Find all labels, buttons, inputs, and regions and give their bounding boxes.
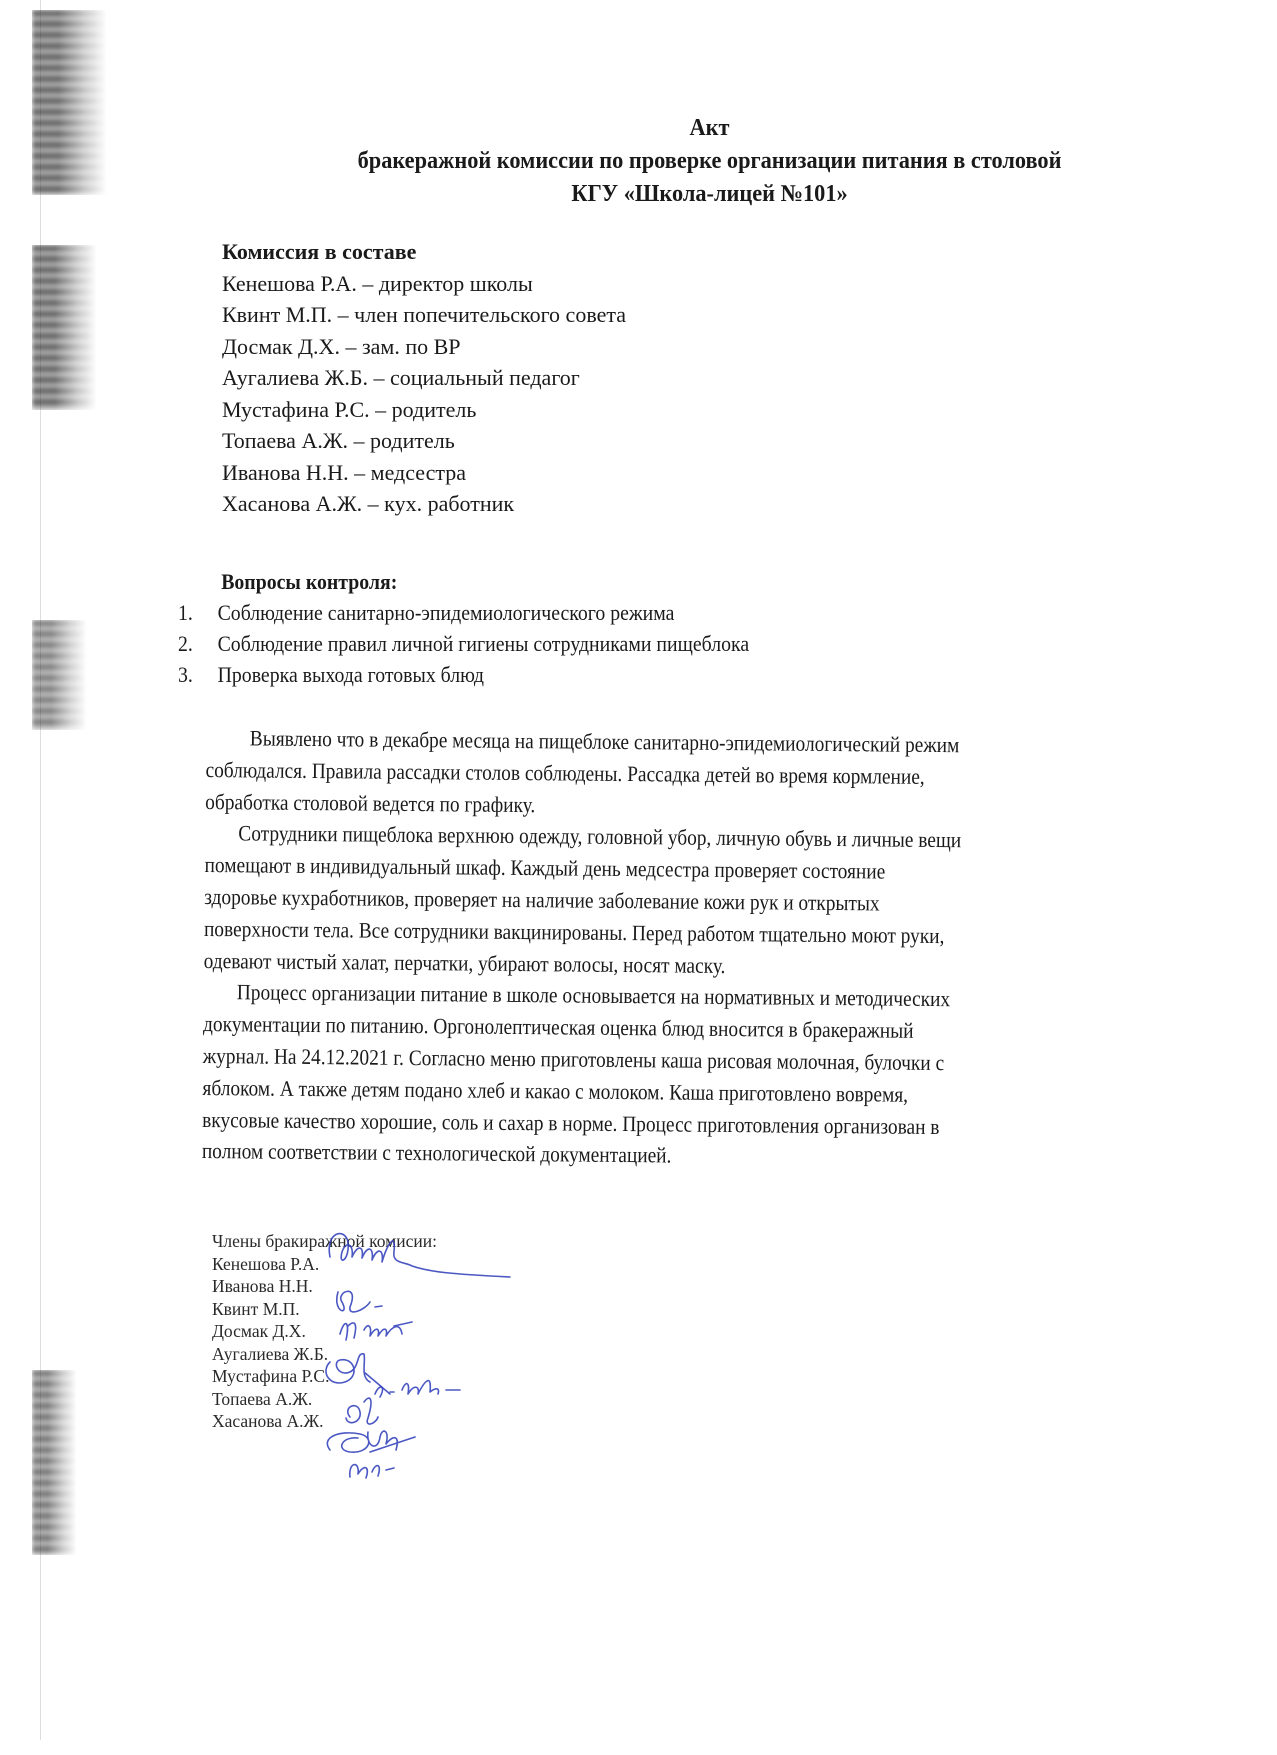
commission-member: Мустафина Р.С. – родитель [222,394,626,426]
commission-section: Комиссия в составе Кенешова Р.А. – дирек… [222,236,626,520]
item-text: Проверка выхода готовых блюд [218,659,484,690]
control-item: 2. Соблюдение правил личной гигиены сотр… [178,628,749,659]
commission-member: Досмак Д.Х. – зам. по ВР [222,331,626,363]
commission-member: Топаева А.Ж. – родитель [222,425,626,457]
commission-member: Аугалиева Ж.Б. – социальный педагог [222,362,626,394]
signature-kenesheva [329,1234,510,1277]
document-subtitle: бракеражной комиссии по проверке организ… [182,145,1238,178]
findings-body: Выявлено что в декабре месяца на пищебло… [202,722,1130,1176]
signature-dosmak [326,1354,390,1394]
commission-member: Хасанова А.Ж. – кух. работник [222,488,626,520]
signature-topaeva [327,1431,415,1452]
control-item: 1. Соблюдение санитарно-эпидемиологическ… [178,597,749,628]
control-item: 3. Проверка выхода готовых блюд [178,659,749,690]
control-heading: Вопросы контроля: [178,566,749,597]
scan-artifact-upper [32,245,97,410]
item-number: 2. [178,628,218,659]
commission-heading: Комиссия в составе [222,236,626,268]
organization-name: КГУ «Школа-лицей №101» [182,178,1238,211]
control-questions-section: Вопросы контроля: 1. Соблюдение санитарн… [178,566,749,690]
document-header: Акт бракеражной комиссии по проверке орг… [50,112,1238,211]
scan-artifact-middle [32,620,87,730]
item-number: 3. [178,659,218,690]
commission-member: Иванова Н.Н. – медсестра [222,457,626,489]
item-number: 1. [178,597,218,628]
signature-mustafina [346,1398,378,1424]
scan-artifact-bottom [32,1370,77,1555]
handwritten-signatures [320,1222,660,1482]
item-text: Соблюдение санитарно-эпидемиологического… [218,597,675,628]
document-title: Акт [182,112,1238,145]
signature-kvint [340,1322,412,1340]
item-text: Соблюдение правил личной гигиены сотрудн… [218,628,750,659]
signature-ivanova [337,1291,382,1312]
commission-member: Кенешова Р.А. – директор школы [222,268,626,300]
commission-member: Квинт М.П. – член попечительского совета [222,299,626,331]
signature-khasanova [350,1465,394,1478]
signature-augalieva [375,1381,460,1397]
